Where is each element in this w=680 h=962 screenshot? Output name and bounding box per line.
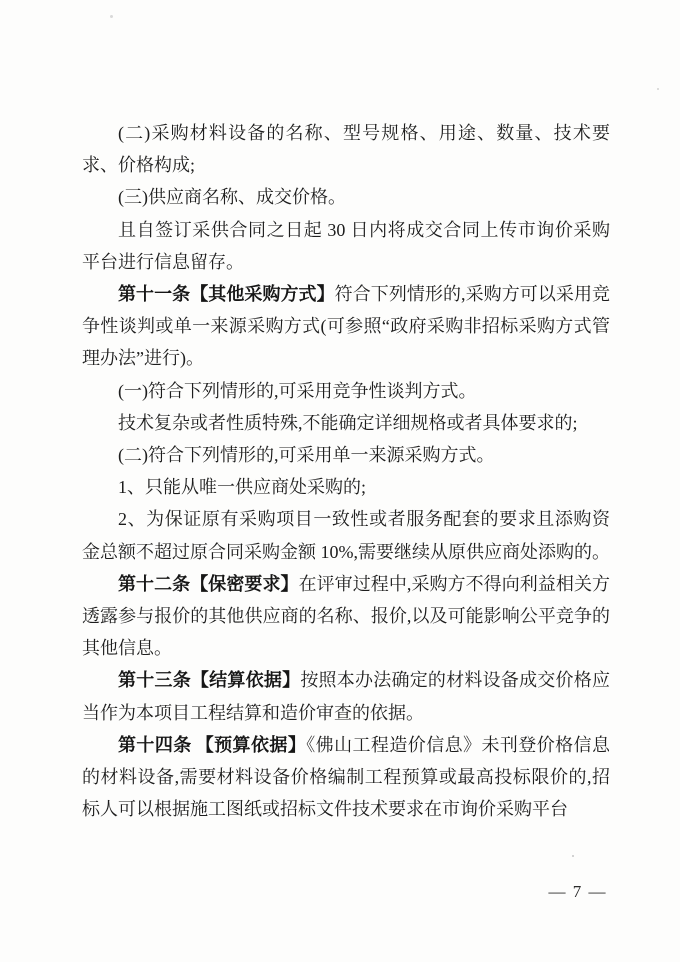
doc-paragraph: (三)供应商名称、成交价格。: [82, 181, 610, 213]
paragraph-text: 1、只能从唯一供应商处采购的;: [118, 477, 366, 497]
page-number: — 7 —: [549, 876, 608, 908]
paragraph-text: (三)供应商名称、成交价格。: [118, 187, 346, 207]
scan-speck: [572, 855, 574, 857]
doc-paragraph: 第十三条【结算依据】按照本办法确定的材料设备成交价格应当作为本项目工程结算和造价…: [82, 664, 610, 728]
article-heading: 第十三条【结算依据】: [118, 670, 300, 690]
paragraph-text: 2、为保证原有采购项目一致性或者服务配套的要求且添购资金总额不超过原合同采购金额…: [82, 509, 610, 561]
doc-paragraph: 技术复杂或者性质特殊,不能确定详细规格或者具体要求的;: [82, 407, 610, 439]
doc-paragraph: 2、为保证原有采购项目一致性或者服务配套的要求且添购资金总额不超过原合同采购金额…: [82, 503, 610, 567]
paragraph-text: 技术复杂或者性质特殊,不能确定详细规格或者具体要求的;: [118, 413, 578, 433]
doc-paragraph: 1、只能从唯一供应商处采购的;: [82, 471, 610, 503]
document-body: (二)采购材料设备的名称、型号规格、用途、数量、技术要求、价格构成;(三)供应商…: [82, 117, 610, 825]
doc-paragraph: 第十一条【其他采购方式】符合下列情形的,采购方可以采用竞争性谈判或单一来源采购方…: [82, 278, 610, 375]
doc-paragraph: 第十二条【保密要求】在评审过程中,采购方不得向利益相关方透露参与报价的其他供应商…: [82, 568, 610, 665]
article-heading: 第十四条 【预算依据】: [118, 735, 306, 755]
doc-paragraph: (二)符合下列情形的,可采用单一来源采购方式。: [82, 439, 610, 471]
scan-speck: [110, 15, 113, 18]
document-page: (二)采购材料设备的名称、型号规格、用途、数量、技术要求、价格构成;(三)供应商…: [0, 0, 680, 962]
paragraph-text: (二)采购材料设备的名称、型号规格、用途、数量、技术要求、价格构成;: [82, 123, 610, 175]
scan-speck: [657, 88, 659, 90]
doc-paragraph: (一)符合下列情形的,可采用竞争性谈判方式。: [82, 375, 610, 407]
paragraph-text: 且自签订采供合同之日起 30 日内将成交合同上传市询价采购平台进行信息留存。: [82, 220, 610, 272]
doc-paragraph: (二)采购材料设备的名称、型号规格、用途、数量、技术要求、价格构成;: [82, 117, 610, 181]
doc-paragraph: 第十四条 【预算依据】《佛山工程造价信息》未刊登价格信息的材料设备,需要材料设备…: [82, 729, 610, 826]
doc-paragraph: 且自签订采供合同之日起 30 日内将成交合同上传市询价采购平台进行信息留存。: [82, 214, 610, 278]
paragraph-text: (一)符合下列情形的,可采用竞争性谈判方式。: [118, 381, 477, 401]
paragraph-text: (二)符合下列情形的,可采用单一来源采购方式。: [118, 445, 495, 465]
article-heading: 第十一条【其他采购方式】: [118, 284, 335, 304]
article-heading: 第十二条【保密要求】: [118, 574, 299, 594]
